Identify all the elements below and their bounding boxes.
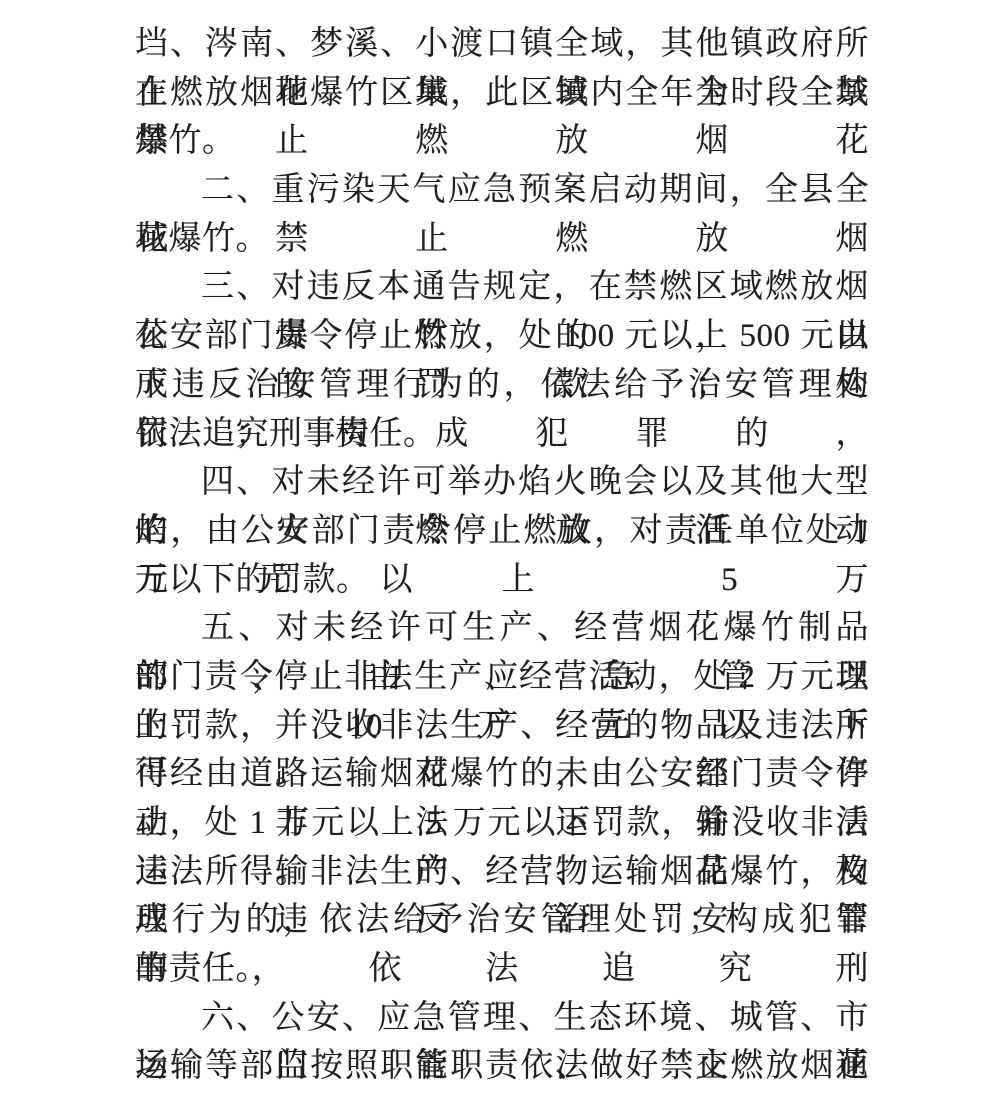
text-line: 运输等部门按照职能职责依法做好禁止燃放烟花爆竹的宣传、 [135,1042,869,1091]
text-line: 理行为的，依法给予治安管理处罚；构成犯罪的，依法追究刑 [135,896,869,945]
text-line: 四、对未经许可举办焰火晚会以及其他大型焰火燃放活动 [135,458,869,507]
text-line: 的罚款，并没收非法生产、经营的物品及违法所得。对未经许 [135,702,869,751]
text-line: 成违反治安管理行为的，依法给予治安管理处罚；构成犯罪的， [135,361,869,410]
text-line: 止燃放烟花爆竹区域，此区域内全年全时段全域禁止燃放烟花 [135,69,869,118]
text-line: 可经由道路运输烟花爆竹的，由公安部门责令停止非法运输活 [135,750,869,799]
text-line: 公安部门责令停止燃放，处 100 元以上 500 元以下的罚款；构 [135,312,869,361]
text-line: 二、重污染天气应急预案启动期间，全县全域禁止燃放烟 [135,166,869,215]
text-line: 部门责令停止非法生产、经营活动，处 2 万元以上 10 万元以下 [135,653,869,702]
text-line: 违法所得。非法生产、经营、运输烟花爆竹，构成违反治安管 [135,848,869,897]
document-page: 垱、涔南、梦溪、小渡口镇全域，其他镇政府所在地集镇为禁 止燃放烟花爆竹区域，此区… [0,0,1000,1094]
text-line: 垱、涔南、梦溪、小渡口镇全域，其他镇政府所在地集镇为禁 [135,20,869,69]
text-line: 三、对违反本通告规定，在禁燃区域燃放烟花爆竹的，由 [135,263,869,312]
text-line: 动，处 1 万元以上 5 万元以下罚款，并没收非法运输的物品及 [135,799,869,848]
text-line: 五、对未经许可生产、经营烟花爆竹制品的，由应急管理 [135,604,869,653]
text-line: 的，由公安部门责令停止燃放，对责任单位处 1 万元以上 5 万 [135,507,869,556]
text-line: 六、公安、应急管理、生态环境、城管、市场监管、交通 [135,994,869,1043]
